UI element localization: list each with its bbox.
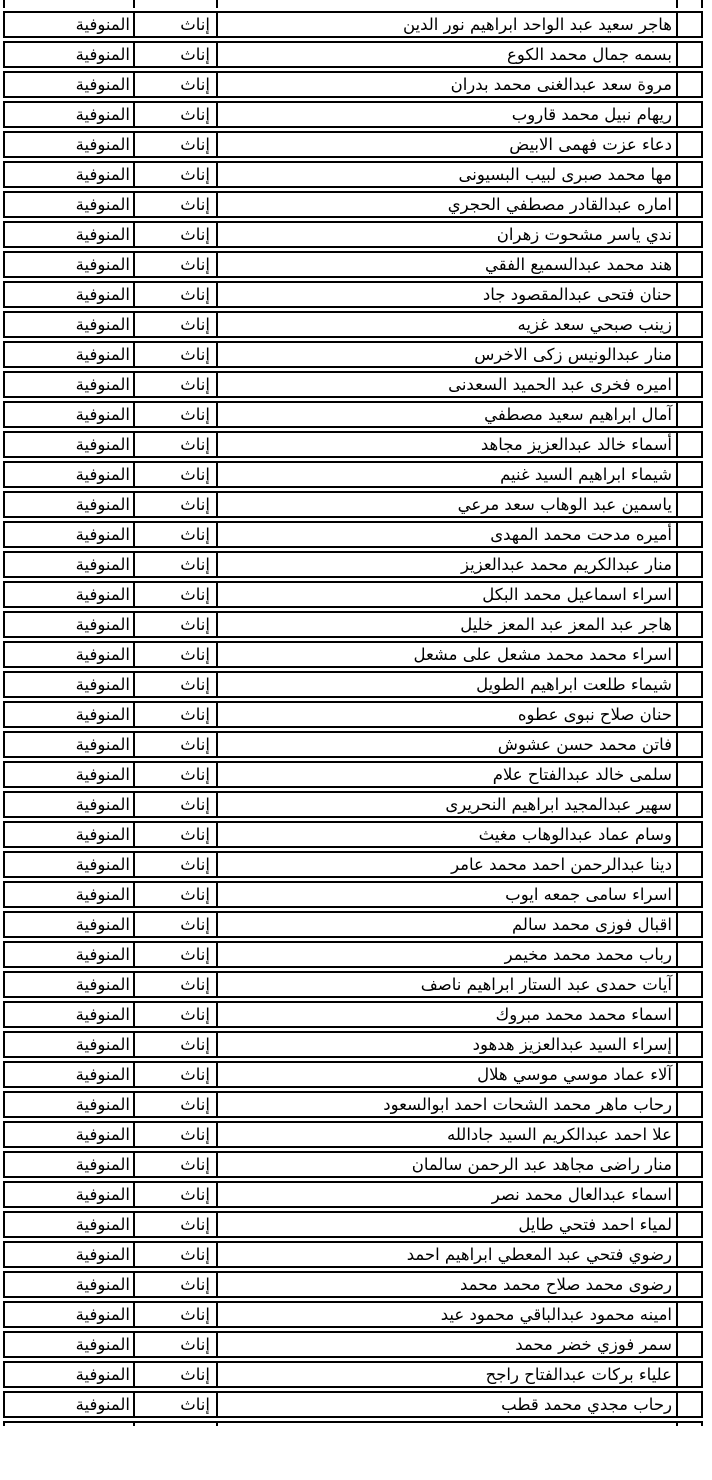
- governorate-cell: المنوفية: [3, 1061, 135, 1088]
- table-row: وسام عماد عبدالوهاب مغيثإناثالمنوفية: [3, 821, 703, 848]
- serial-cell: [678, 341, 703, 368]
- name-cell: رباب محمد محمد مخيمر: [218, 941, 678, 968]
- table-row: سهير عبدالمجيد ابراهيم النحريرىإناثالمنو…: [3, 791, 703, 818]
- table-row: ريهام نبيل محمد قاروبإناثالمنوفية: [3, 101, 703, 128]
- table-row: فاتن محمد حسن عشوشإناثالمنوفية: [3, 731, 703, 758]
- governorate-cell: المنوفية: [3, 701, 135, 728]
- table-row: حنان فتحى عبدالمقصود جادإناثالمنوفية: [3, 281, 703, 308]
- gender-cell: إناث: [135, 1241, 218, 1268]
- serial-cell: [678, 221, 703, 248]
- serial-cell: [678, 461, 703, 488]
- table-row: آمال ابراهيم سعيد مصطفيإناثالمنوفية: [3, 401, 703, 428]
- governorate-cell: المنوفية: [3, 101, 135, 128]
- governorate-cell: المنوفية: [3, 161, 135, 188]
- serial-cell: [678, 11, 703, 38]
- serial-cell: [678, 401, 703, 428]
- gender-cell: إناث: [135, 851, 218, 878]
- gender-cell: إناث: [135, 1181, 218, 1208]
- table-row: هند محمد عبدالسميع الفقيإناثالمنوفية: [3, 251, 703, 278]
- governorate-cell: المنوفية: [3, 911, 135, 938]
- gender-cell: إناث: [135, 161, 218, 188]
- serial-cell: [678, 1301, 703, 1328]
- serial-cell: [678, 551, 703, 578]
- table-row: أميره مدحت محمد المهدىإناثالمنوفية: [3, 521, 703, 548]
- name-cell: اسراء اسماعيل محمد البكل: [218, 581, 678, 608]
- serial-cell: [678, 731, 703, 758]
- governorate-cell: المنوفية: [3, 461, 135, 488]
- name-cell-fragment: [218, 1421, 678, 1426]
- serial-cell: [678, 1031, 703, 1058]
- table-row: شيماء طلعت ابراهيم الطويلإناثالمنوفية: [3, 671, 703, 698]
- name-cell: حنان فتحى عبدالمقصود جاد: [218, 281, 678, 308]
- name-list-table: هاجر سعيد عبد الواحد ابراهيم نور الدينإن…: [3, 0, 703, 1426]
- governorate-cell: المنوفية: [3, 761, 135, 788]
- serial-cell: [678, 1181, 703, 1208]
- gender-cell: إناث: [135, 11, 218, 38]
- gender-cell: إناث: [135, 191, 218, 218]
- gender-cell: إناث: [135, 1211, 218, 1238]
- serial-cell: [678, 281, 703, 308]
- gender-cell: إناث: [135, 671, 218, 698]
- governorate-cell: المنوفية: [3, 41, 135, 68]
- gender-cell: إناث: [135, 701, 218, 728]
- gender-cell: إناث: [135, 1331, 218, 1358]
- governorate-cell: المنوفية: [3, 791, 135, 818]
- gender-cell: إناث: [135, 611, 218, 638]
- gender-cell: إناث: [135, 41, 218, 68]
- serial-cell-fragment: [678, 0, 703, 8]
- name-cell: مها محمد صبرى لبيب البسيونى: [218, 161, 678, 188]
- governorate-cell: المنوفية: [3, 1271, 135, 1298]
- name-cell: رحاب ماهر محمد الشحات احمد ابوالسعود: [218, 1091, 678, 1118]
- governorate-cell: المنوفية: [3, 431, 135, 458]
- name-cell: علياء بركات عبدالفتاح راجح: [218, 1361, 678, 1388]
- table-row: منار عبدالكريم محمد عبدالعزيزإناثالمنوفي…: [3, 551, 703, 578]
- table-row: دعاء عزت فهمى الابيضإناثالمنوفية: [3, 131, 703, 158]
- name-cell: زينب صبحي سعد غزيه: [218, 311, 678, 338]
- gender-cell: إناث: [135, 71, 218, 98]
- name-cell: رحاب مجدي محمد قطب: [218, 1391, 678, 1418]
- gender-cell: إناث: [135, 731, 218, 758]
- top-cut-row: [3, 0, 703, 8]
- governorate-cell: المنوفية: [3, 311, 135, 338]
- serial-cell: [678, 431, 703, 458]
- table-row: اميره فخرى عبد الحميد السعدنىإناثالمنوفي…: [3, 371, 703, 398]
- name-cell: اقبال فوزى محمد سالم: [218, 911, 678, 938]
- name-cell: دينا عبدالرحمن احمد محمد عامر: [218, 851, 678, 878]
- name-cell: ندي ياسر مشحوت زهران: [218, 221, 678, 248]
- name-cell: آمال ابراهيم سعيد مصطفي: [218, 401, 678, 428]
- table-row: منار راضى مجاهد عبد الرحمن سالمانإناثالم…: [3, 1151, 703, 1178]
- governorate-cell: المنوفية: [3, 941, 135, 968]
- table-row: دينا عبدالرحمن احمد محمد عامرإناثالمنوفي…: [3, 851, 703, 878]
- governorate-cell-fragment: [3, 0, 135, 8]
- table-row: ندي ياسر مشحوت زهرانإناثالمنوفية: [3, 221, 703, 248]
- gender-cell: إناث: [135, 1001, 218, 1028]
- gender-cell: إناث: [135, 761, 218, 788]
- name-cell: دعاء عزت فهمى الابيض: [218, 131, 678, 158]
- gender-cell: إناث: [135, 1271, 218, 1298]
- name-cell: شيماء طلعت ابراهيم الطويل: [218, 671, 678, 698]
- serial-cell: [678, 1271, 703, 1298]
- table-row: اقبال فوزى محمد سالمإناثالمنوفية: [3, 911, 703, 938]
- serial-cell: [678, 611, 703, 638]
- name-cell: شيماء ابراهيم السيد غنيم: [218, 461, 678, 488]
- table-row: شيماء ابراهيم السيد غنيمإناثالمنوفية: [3, 461, 703, 488]
- serial-cell: [678, 941, 703, 968]
- gender-cell: إناث: [135, 581, 218, 608]
- table-row: سلمى خالد عبدالفتاح علامإناثالمنوفية: [3, 761, 703, 788]
- table-row: رباب محمد محمد مخيمرإناثالمنوفية: [3, 941, 703, 968]
- table-row: اسماء عبدالعال محمد نصرإناثالمنوفية: [3, 1181, 703, 1208]
- gender-cell: إناث: [135, 971, 218, 998]
- gender-cell: إناث: [135, 881, 218, 908]
- table-row: رحاب ماهر محمد الشحات احمد ابوالسعودإناث…: [3, 1091, 703, 1118]
- gender-cell: إناث: [135, 1391, 218, 1418]
- name-cell-fragment: [218, 0, 678, 8]
- page: هاجر سعيد عبد الواحد ابراهيم نور الدينإن…: [0, 0, 712, 1480]
- gender-cell: إناث: [135, 1121, 218, 1148]
- gender-cell: إناث: [135, 461, 218, 488]
- table-row: لمياء احمد فتحي طايلإناثالمنوفية: [3, 1211, 703, 1238]
- gender-cell: إناث: [135, 521, 218, 548]
- table-row: رضوي فتحي عبد المعطي ابراهيم احمدإناثالم…: [3, 1241, 703, 1268]
- governorate-cell: المنوفية: [3, 971, 135, 998]
- gender-cell: إناث: [135, 221, 218, 248]
- table-row: هاجر عبد المعز عبد المعز خليلإناثالمنوفي…: [3, 611, 703, 638]
- gender-cell: إناث: [135, 101, 218, 128]
- table-row: أسماء خالد عبدالعزيز مجاهدإناثالمنوفية: [3, 431, 703, 458]
- serial-cell: [678, 671, 703, 698]
- name-cell: علا احمد عبدالكريم السيد جادالله: [218, 1121, 678, 1148]
- serial-cell: [678, 1241, 703, 1268]
- serial-cell: [678, 251, 703, 278]
- gender-cell: إناث: [135, 341, 218, 368]
- serial-cell: [678, 1361, 703, 1388]
- name-cell: وسام عماد عبدالوهاب مغيث: [218, 821, 678, 848]
- name-cell: اميره فخرى عبد الحميد السعدنى: [218, 371, 678, 398]
- name-cell: امينه محمود عبدالباقي محمود عيد: [218, 1301, 678, 1328]
- serial-cell: [678, 971, 703, 998]
- name-cell: رضوي فتحي عبد المعطي ابراهيم احمد: [218, 1241, 678, 1268]
- serial-cell: [678, 761, 703, 788]
- governorate-cell: المنوفية: [3, 731, 135, 758]
- gender-cell: إناث: [135, 791, 218, 818]
- governorate-cell-fragment: [3, 1421, 135, 1426]
- gender-cell: إناث: [135, 1301, 218, 1328]
- gender-cell: إناث: [135, 1091, 218, 1118]
- serial-cell: [678, 1391, 703, 1418]
- name-cell: اسراء محمد محمد مشعل على مشعل: [218, 641, 678, 668]
- table-row: ياسمين عبد الوهاب سعد مرعيإناثالمنوفية: [3, 491, 703, 518]
- table-row: رحاب مجدي محمد قطبإناثالمنوفية: [3, 1391, 703, 1418]
- governorate-cell: المنوفية: [3, 11, 135, 38]
- table-row: امينه محمود عبدالباقي محمود عيدإناثالمنو…: [3, 1301, 703, 1328]
- name-cell: هند محمد عبدالسميع الفقي: [218, 251, 678, 278]
- serial-cell: [678, 581, 703, 608]
- serial-cell: [678, 71, 703, 98]
- serial-cell: [678, 161, 703, 188]
- gender-cell: إناث: [135, 251, 218, 278]
- table-row: هاجر سعيد عبد الواحد ابراهيم نور الدينإن…: [3, 11, 703, 38]
- gender-cell: إناث: [135, 491, 218, 518]
- serial-cell: [678, 521, 703, 548]
- governorate-cell: المنوفية: [3, 1031, 135, 1058]
- name-cell: حنان صلاح نبوى عطوه: [218, 701, 678, 728]
- serial-cell: [678, 1091, 703, 1118]
- table-row: سمر فوزي خضر محمدإناثالمنوفية: [3, 1331, 703, 1358]
- gender-cell: إناث: [135, 371, 218, 398]
- name-cell: أميره مدحت محمد المهدى: [218, 521, 678, 548]
- governorate-cell: المنوفية: [3, 1181, 135, 1208]
- table-row: اسراء اسماعيل محمد البكلإناثالمنوفية: [3, 581, 703, 608]
- gender-cell: إناث: [135, 1061, 218, 1088]
- governorate-cell: المنوفية: [3, 281, 135, 308]
- name-cell: سهير عبدالمجيد ابراهيم النحريرى: [218, 791, 678, 818]
- name-cell: اسراء سامى جمعه ايوب: [218, 881, 678, 908]
- name-cell: لمياء احمد فتحي طايل: [218, 1211, 678, 1238]
- name-cell: آلاء عماد موسي موسي هلال: [218, 1061, 678, 1088]
- gender-cell: إناث: [135, 641, 218, 668]
- name-cell: منار عبدالكريم محمد عبدالعزيز: [218, 551, 678, 578]
- serial-cell-fragment: [678, 1421, 703, 1426]
- name-cell: اسماء محمد محمد مبروك: [218, 1001, 678, 1028]
- serial-cell: [678, 911, 703, 938]
- name-cell: اماره عبدالقادر مصطفي الحجري: [218, 191, 678, 218]
- table-row: مروة سعد عبدالغنى محمد بدرانإناثالمنوفية: [3, 71, 703, 98]
- serial-cell: [678, 491, 703, 518]
- name-cell: آيات حمدى عبد الستار ابراهيم ناصف: [218, 971, 678, 998]
- serial-cell: [678, 41, 703, 68]
- table-row: منار عبدالونيس زكى الاخرسإناثالمنوفية: [3, 341, 703, 368]
- name-cell: مروة سعد عبدالغنى محمد بدران: [218, 71, 678, 98]
- governorate-cell: المنوفية: [3, 1091, 135, 1118]
- serial-cell: [678, 1061, 703, 1088]
- serial-cell: [678, 191, 703, 218]
- name-cell: اسماء عبدالعال محمد نصر: [218, 1181, 678, 1208]
- name-cell: إسراء السيد عبدالعزيز هدهود: [218, 1031, 678, 1058]
- name-cell: ريهام نبيل محمد قاروب: [218, 101, 678, 128]
- table-row: بسمه جمال محمد الكوعإناثالمنوفية: [3, 41, 703, 68]
- serial-cell: [678, 821, 703, 848]
- governorate-cell: المنوفية: [3, 1151, 135, 1178]
- governorate-cell: المنوفية: [3, 71, 135, 98]
- serial-cell: [678, 641, 703, 668]
- governorate-cell: المنوفية: [3, 131, 135, 158]
- serial-cell: [678, 101, 703, 128]
- serial-cell: [678, 701, 703, 728]
- governorate-cell: المنوفية: [3, 341, 135, 368]
- governorate-cell: المنوفية: [3, 1211, 135, 1238]
- governorate-cell: المنوفية: [3, 221, 135, 248]
- name-cell: بسمه جمال محمد الكوع: [218, 41, 678, 68]
- table-row: علا احمد عبدالكريم السيد جاداللهإناثالمن…: [3, 1121, 703, 1148]
- governorate-cell: المنوفية: [3, 1331, 135, 1358]
- name-cell: سمر فوزي خضر محمد: [218, 1331, 678, 1358]
- gender-cell: إناث: [135, 941, 218, 968]
- governorate-cell: المنوفية: [3, 521, 135, 548]
- table-row: إسراء السيد عبدالعزيز هدهودإناثالمنوفية: [3, 1031, 703, 1058]
- serial-cell: [678, 1001, 703, 1028]
- name-cell: هاجر سعيد عبد الواحد ابراهيم نور الدين: [218, 11, 678, 38]
- governorate-cell: المنوفية: [3, 821, 135, 848]
- table-row: آيات حمدى عبد الستار ابراهيم ناصفإناثالم…: [3, 971, 703, 998]
- serial-cell: [678, 1151, 703, 1178]
- serial-cell: [678, 1331, 703, 1358]
- table-row: اسراء سامى جمعه ايوبإناثالمنوفية: [3, 881, 703, 908]
- gender-cell: إناث: [135, 1151, 218, 1178]
- serial-cell: [678, 131, 703, 158]
- gender-cell: إناث: [135, 1361, 218, 1388]
- table-row: مها محمد صبرى لبيب البسيونىإناثالمنوفية: [3, 161, 703, 188]
- gender-cell-fragment: [135, 1421, 218, 1426]
- gender-cell: إناث: [135, 311, 218, 338]
- gender-cell-fragment: [135, 0, 218, 8]
- gender-cell: إناث: [135, 821, 218, 848]
- table-rows: هاجر سعيد عبد الواحد ابراهيم نور الدينإن…: [3, 11, 703, 1418]
- table-row: اماره عبدالقادر مصطفي الحجريإناثالمنوفية: [3, 191, 703, 218]
- name-cell: منار راضى مجاهد عبد الرحمن سالمان: [218, 1151, 678, 1178]
- gender-cell: إناث: [135, 1031, 218, 1058]
- governorate-cell: المنوفية: [3, 1121, 135, 1148]
- serial-cell: [678, 791, 703, 818]
- governorate-cell: المنوفية: [3, 1241, 135, 1268]
- name-cell: فاتن محمد حسن عشوش: [218, 731, 678, 758]
- name-cell: منار عبدالونيس زكى الاخرس: [218, 341, 678, 368]
- gender-cell: إناث: [135, 551, 218, 578]
- serial-cell: [678, 311, 703, 338]
- gender-cell: إناث: [135, 911, 218, 938]
- name-cell: رضوى محمد صلاح محمد محمد: [218, 1271, 678, 1298]
- governorate-cell: المنوفية: [3, 1001, 135, 1028]
- gender-cell: إناث: [135, 281, 218, 308]
- governorate-cell: المنوفية: [3, 251, 135, 278]
- governorate-cell: المنوفية: [3, 1391, 135, 1418]
- governorate-cell: المنوفية: [3, 1301, 135, 1328]
- table-row: رضوى محمد صلاح محمد محمدإناثالمنوفية: [3, 1271, 703, 1298]
- governorate-cell: المنوفية: [3, 401, 135, 428]
- serial-cell: [678, 371, 703, 398]
- table-row: آلاء عماد موسي موسي هلالإناثالمنوفية: [3, 1061, 703, 1088]
- governorate-cell: المنوفية: [3, 611, 135, 638]
- governorate-cell: المنوفية: [3, 671, 135, 698]
- gender-cell: إناث: [135, 401, 218, 428]
- bottom-cut-row: [3, 1421, 703, 1426]
- governorate-cell: المنوفية: [3, 551, 135, 578]
- table-row: حنان صلاح نبوى عطوهإناثالمنوفية: [3, 701, 703, 728]
- gender-cell: إناث: [135, 431, 218, 458]
- name-cell: سلمى خالد عبدالفتاح علام: [218, 761, 678, 788]
- table-row: اسماء محمد محمد مبروكإناثالمنوفية: [3, 1001, 703, 1028]
- name-cell: أسماء خالد عبدالعزيز مجاهد: [218, 431, 678, 458]
- governorate-cell: المنوفية: [3, 491, 135, 518]
- serial-cell: [678, 881, 703, 908]
- gender-cell: إناث: [135, 131, 218, 158]
- governorate-cell: المنوفية: [3, 191, 135, 218]
- serial-cell: [678, 851, 703, 878]
- table-row: اسراء محمد محمد مشعل على مشعلإناثالمنوفي…: [3, 641, 703, 668]
- name-cell: هاجر عبد المعز عبد المعز خليل: [218, 611, 678, 638]
- governorate-cell: المنوفية: [3, 641, 135, 668]
- governorate-cell: المنوفية: [3, 881, 135, 908]
- governorate-cell: المنوفية: [3, 581, 135, 608]
- serial-cell: [678, 1121, 703, 1148]
- governorate-cell: المنوفية: [3, 1361, 135, 1388]
- name-cell: ياسمين عبد الوهاب سعد مرعي: [218, 491, 678, 518]
- governorate-cell: المنوفية: [3, 371, 135, 398]
- table-row: زينب صبحي سعد غزيهإناثالمنوفية: [3, 311, 703, 338]
- governorate-cell: المنوفية: [3, 851, 135, 878]
- serial-cell: [678, 1211, 703, 1238]
- table-row: علياء بركات عبدالفتاح راجحإناثالمنوفية: [3, 1361, 703, 1388]
